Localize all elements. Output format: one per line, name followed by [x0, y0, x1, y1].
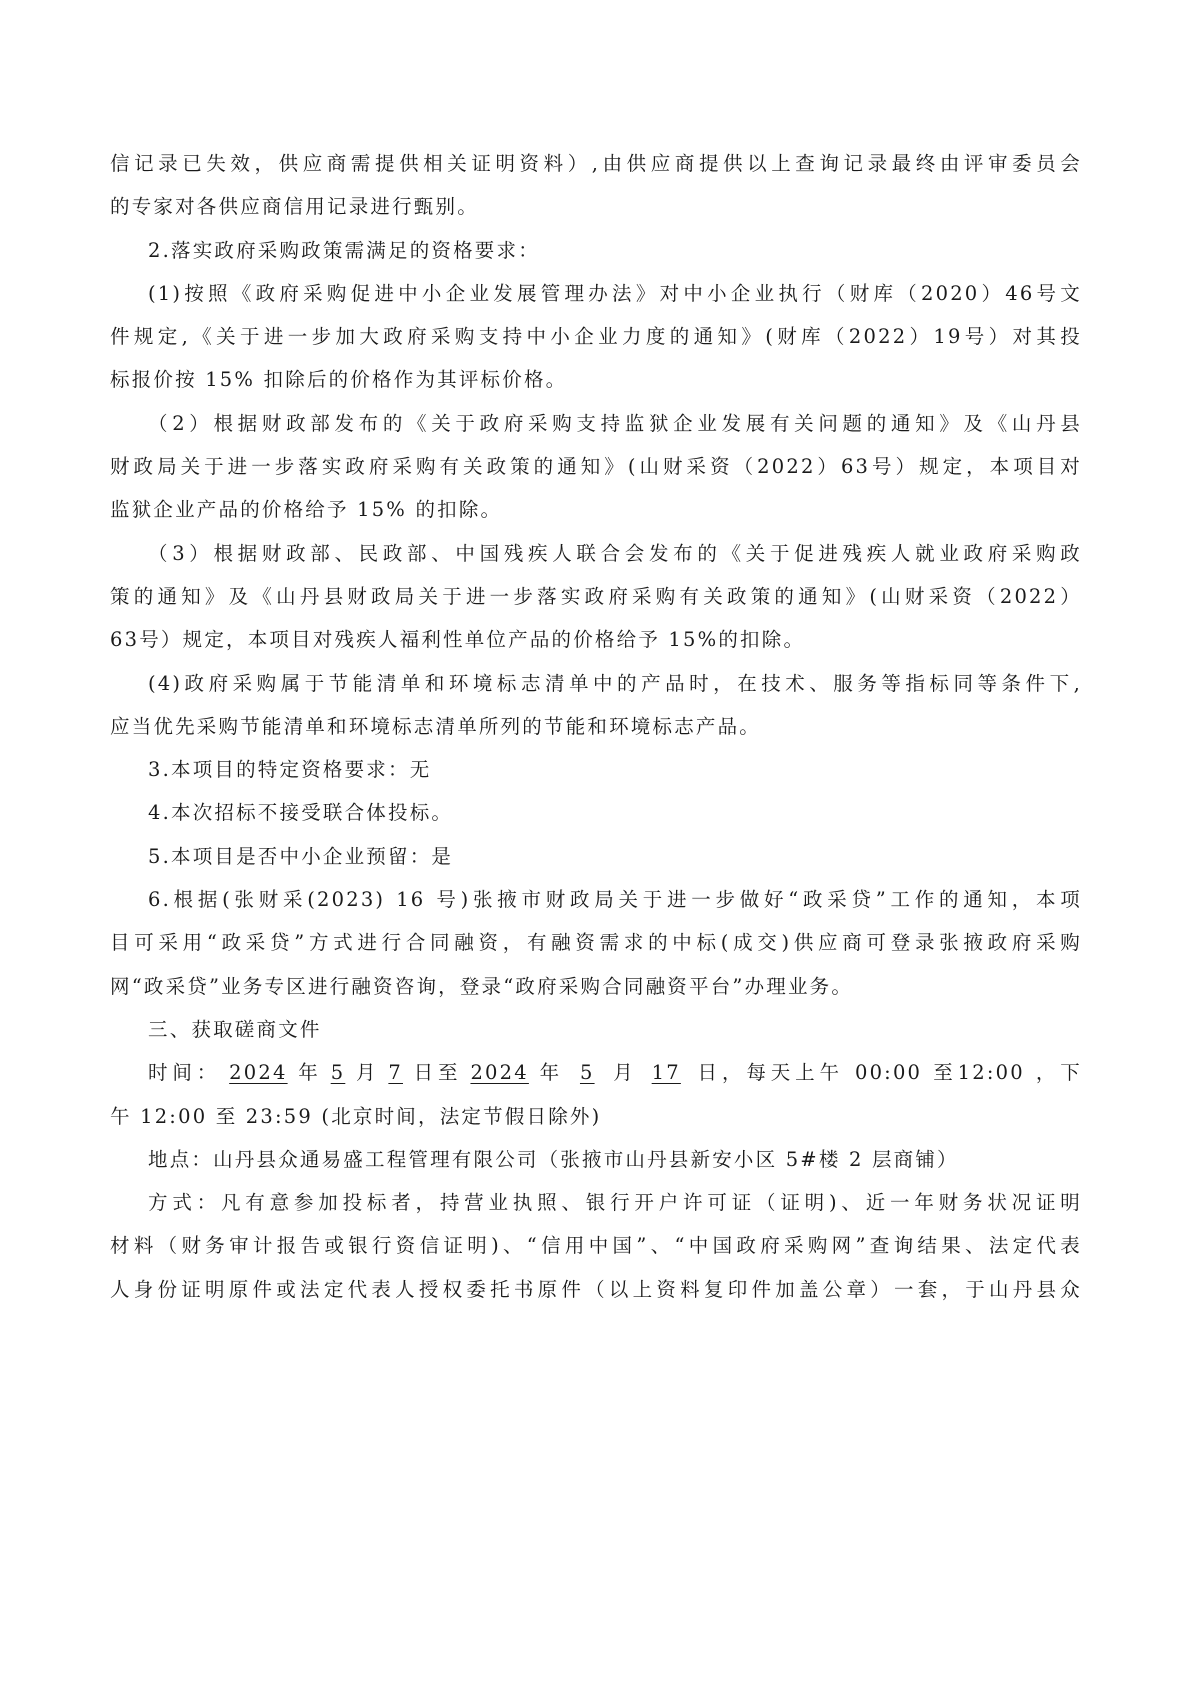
month-char: 月: [353, 1061, 380, 1084]
year-char: 年: [296, 1061, 323, 1084]
time-line: 时间：2024年5月7日至2024年5月17日，每天上午 00:00 至12:0…: [110, 1055, 1082, 1098]
location-line: 地点：山丹县众通易盛工程管理有限公司（张掖市山丹县新安小区 5#楼 2 层商铺）: [110, 1142, 1082, 1185]
text-line: 应当优先采购节能清单和环境标志清单所列的节能和环境标志产品。: [110, 709, 1082, 752]
day-to-text: 日至: [411, 1061, 462, 1084]
text-line: 的专家对各供应商信用记录进行甄别。: [110, 189, 1082, 232]
text-line: 财政局关于进一步落实政府采购有关政策的通知》(山财采资（2022）63号）规定，…: [110, 449, 1082, 492]
text-line: 策的通知》及《山丹县财政局关于进一步落实政府采购有关政策的通知》(山财采资（20…: [110, 579, 1082, 622]
paragraph-sme-reserved: 5.本项目是否中小企业预留：是: [110, 839, 1082, 882]
paragraph-no-consortium: 4.本次招标不接受联合体投标。: [110, 795, 1082, 838]
paragraph-policy-item-4: (4)政府采购属于节能清单和环境标志清单中的产品时，在技术、服务等指标同等条件下…: [110, 666, 1082, 753]
paragraph-policy-item-3: （3）根据财政部、民政部、中国残疾人联合会发布的《关于促进残疾人就业政府采购政 …: [110, 536, 1082, 666]
paragraph-section-3-heading: 三、获取磋商文件: [110, 1012, 1082, 1055]
section-heading: 2.落实政府采购政策需满足的资格要求：: [110, 233, 1082, 276]
paragraph-policy-requirements-heading: 2.落实政府采购政策需满足的资格要求：: [110, 233, 1082, 276]
text-line: 5.本项目是否中小企业预留：是: [110, 839, 1082, 882]
text-line: 监狱企业产品的价格给予 15% 的扣除。: [110, 492, 1082, 535]
text-line: 信记录已失效，供应商需提供相关证明资料）,由供应商提供以上查询记录最终由评审委员…: [110, 146, 1082, 189]
text-line: (1)按照《政府采购促进中小企业发展管理办法》对中小企业执行（财库（2020）4…: [110, 276, 1082, 319]
start-month-field: 5: [323, 1061, 354, 1084]
text-line: 目可采用“政采贷”方式进行合同融资，有融资需求的中标(成交)供应商可登录张掖政府…: [110, 925, 1082, 968]
paragraph-policy-item-2: （2）根据财政部发布的《关于政府采购支持监狱企业发展有关问题的通知》及《山丹县 …: [110, 406, 1082, 536]
text-line: (4)政府采购属于节能清单和环境标志清单中的产品时，在技术、服务等指标同等条件下…: [110, 666, 1082, 709]
document-page: 信记录已失效，供应商需提供相关证明资料）,由供应商提供以上查询记录最终由评审委员…: [110, 146, 1082, 1315]
end-year-field: 2024: [462, 1061, 536, 1084]
text-line: （2）根据财政部发布的《关于政府采购支持监狱企业发展有关问题的通知》及《山丹县: [110, 406, 1082, 449]
section-heading: 三、获取磋商文件: [110, 1012, 1082, 1055]
text-line: 件规定,《关于进一步加大政府采购支持中小企业力度的通知》(财库（2022）19号…: [110, 319, 1082, 362]
text-line: 标报价按 15% 扣除后的价格作为其评标价格。: [110, 362, 1082, 405]
text-line: 63号）规定，本项目对残疾人福利性单位产品的价格给予 15%的扣除。: [110, 622, 1082, 665]
time-label: 时间：: [148, 1061, 221, 1084]
text-line: 4.本次招标不接受联合体投标。: [110, 795, 1082, 838]
month-char: 月: [611, 1061, 638, 1084]
text-line: 网“政采贷”业务专区进行融资咨询，登录“政府采购合同融资平台”办理业务。: [110, 969, 1082, 1012]
end-day-field: 17: [638, 1061, 695, 1084]
day-char: 日: [695, 1061, 722, 1084]
text-line: 午 12:00 至 23:59 (北京时间，法定节假日除外): [110, 1099, 1082, 1142]
paragraph-specific-qualification: 3.本项目的特定资格要求：无: [110, 752, 1082, 795]
paragraph-location: 地点：山丹县众通易盛工程管理有限公司（张掖市山丹县新安小区 5#楼 2 层商铺）: [110, 1142, 1082, 1185]
paragraph-time: 时间：2024年5月7日至2024年5月17日，每天上午 00:00 至12:0…: [110, 1055, 1082, 1142]
start-day-field: 7: [380, 1061, 411, 1084]
text-line: （3）根据财政部、民政部、中国残疾人联合会发布的《关于促进残疾人就业政府采购政: [110, 536, 1082, 579]
text-line: 3.本项目的特定资格要求：无: [110, 752, 1082, 795]
paragraph-credit-record: 信记录已失效，供应商需提供相关证明资料）,由供应商提供以上查询记录最终由评审委员…: [110, 146, 1082, 233]
end-month-field: 5: [564, 1061, 611, 1084]
paragraph-method: 方式：凡有意参加投标者，持营业执照、银行开户许可证（证明)、近一年财务状况证明 …: [110, 1185, 1082, 1315]
year-char: 年: [537, 1061, 564, 1084]
daily-hours-text: ，每天上午 00:00 至12:00 ，下: [722, 1061, 1082, 1084]
text-line: 6.根据(张财采(2023) 16 号)张掖市财政局关于进一步做好“政采贷”工作…: [110, 882, 1082, 925]
start-year-field: 2024: [221, 1061, 295, 1084]
paragraph-procurement-loan: 6.根据(张财采(2023) 16 号)张掖市财政局关于进一步做好“政采贷”工作…: [110, 882, 1082, 1012]
text-line: 材料（财务审计报告或银行资信证明)、“信用中国”、“中国政府采购网”查询结果、法…: [110, 1228, 1082, 1271]
text-line: 方式：凡有意参加投标者，持营业执照、银行开户许可证（证明)、近一年财务状况证明: [110, 1185, 1082, 1228]
paragraph-policy-item-1: (1)按照《政府采购促进中小企业发展管理办法》对中小企业执行（财库（2020）4…: [110, 276, 1082, 406]
text-line: 人身份证明原件或法定代表人授权委托书原件（以上资料复印件加盖公章）一套，于山丹县…: [110, 1272, 1082, 1315]
